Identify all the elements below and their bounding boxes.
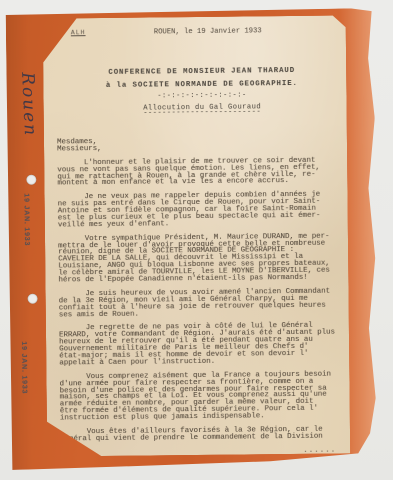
handwritten-note: Rouen [13,64,41,145]
date-stamp-top: 19 JAN. 1933 [18,189,33,251]
title-block: CONFERENCE DE MONSIEUR JEAN THARAUD à la… [43,64,347,117]
date-stamp-bottom: 19 JAN. 1933 [16,337,31,399]
paragraph-4: Je suis heureux de vous avoir amené l'an… [59,288,343,319]
sheet-assembly: ALH ROUEN, le 19 Janvier 1933 CONFERENCE… [0,0,393,480]
reference-mark: ALH [71,29,86,36]
scanned-document: ALH ROUEN, le 19 Janvier 1933 CONFERENCE… [0,0,393,480]
punch-hole-top [26,175,36,185]
dateline: ROUEN, le 19 Janvier 1933 [154,27,262,36]
letter-body: Mesdames, Messieurs, L'honneur et le pla… [57,136,344,457]
salutation: Mesdames, Messieurs, [57,136,341,153]
paragraph-1: L'honneur et le plaisir de me trouver ce… [57,157,341,188]
typed-page: ALH ROUEN, le 19 Janvier 1933 CONFERENCE… [43,15,351,456]
paragraph-2: Je ne veux pas me rappeler depuis combie… [58,192,342,230]
paragraph-7: Vous êtes d'ailleurs favorisés à la 3e R… [60,426,344,443]
paragraph-5: Je regrette de ne pas voir à côté de lui… [59,323,343,367]
paragraph-6: Vous comprenez aisément que la France a … [59,371,343,422]
paragraph-3: Votre sympathique Président, M. Maurice … [58,233,342,284]
punch-hole-bottom [28,294,38,304]
